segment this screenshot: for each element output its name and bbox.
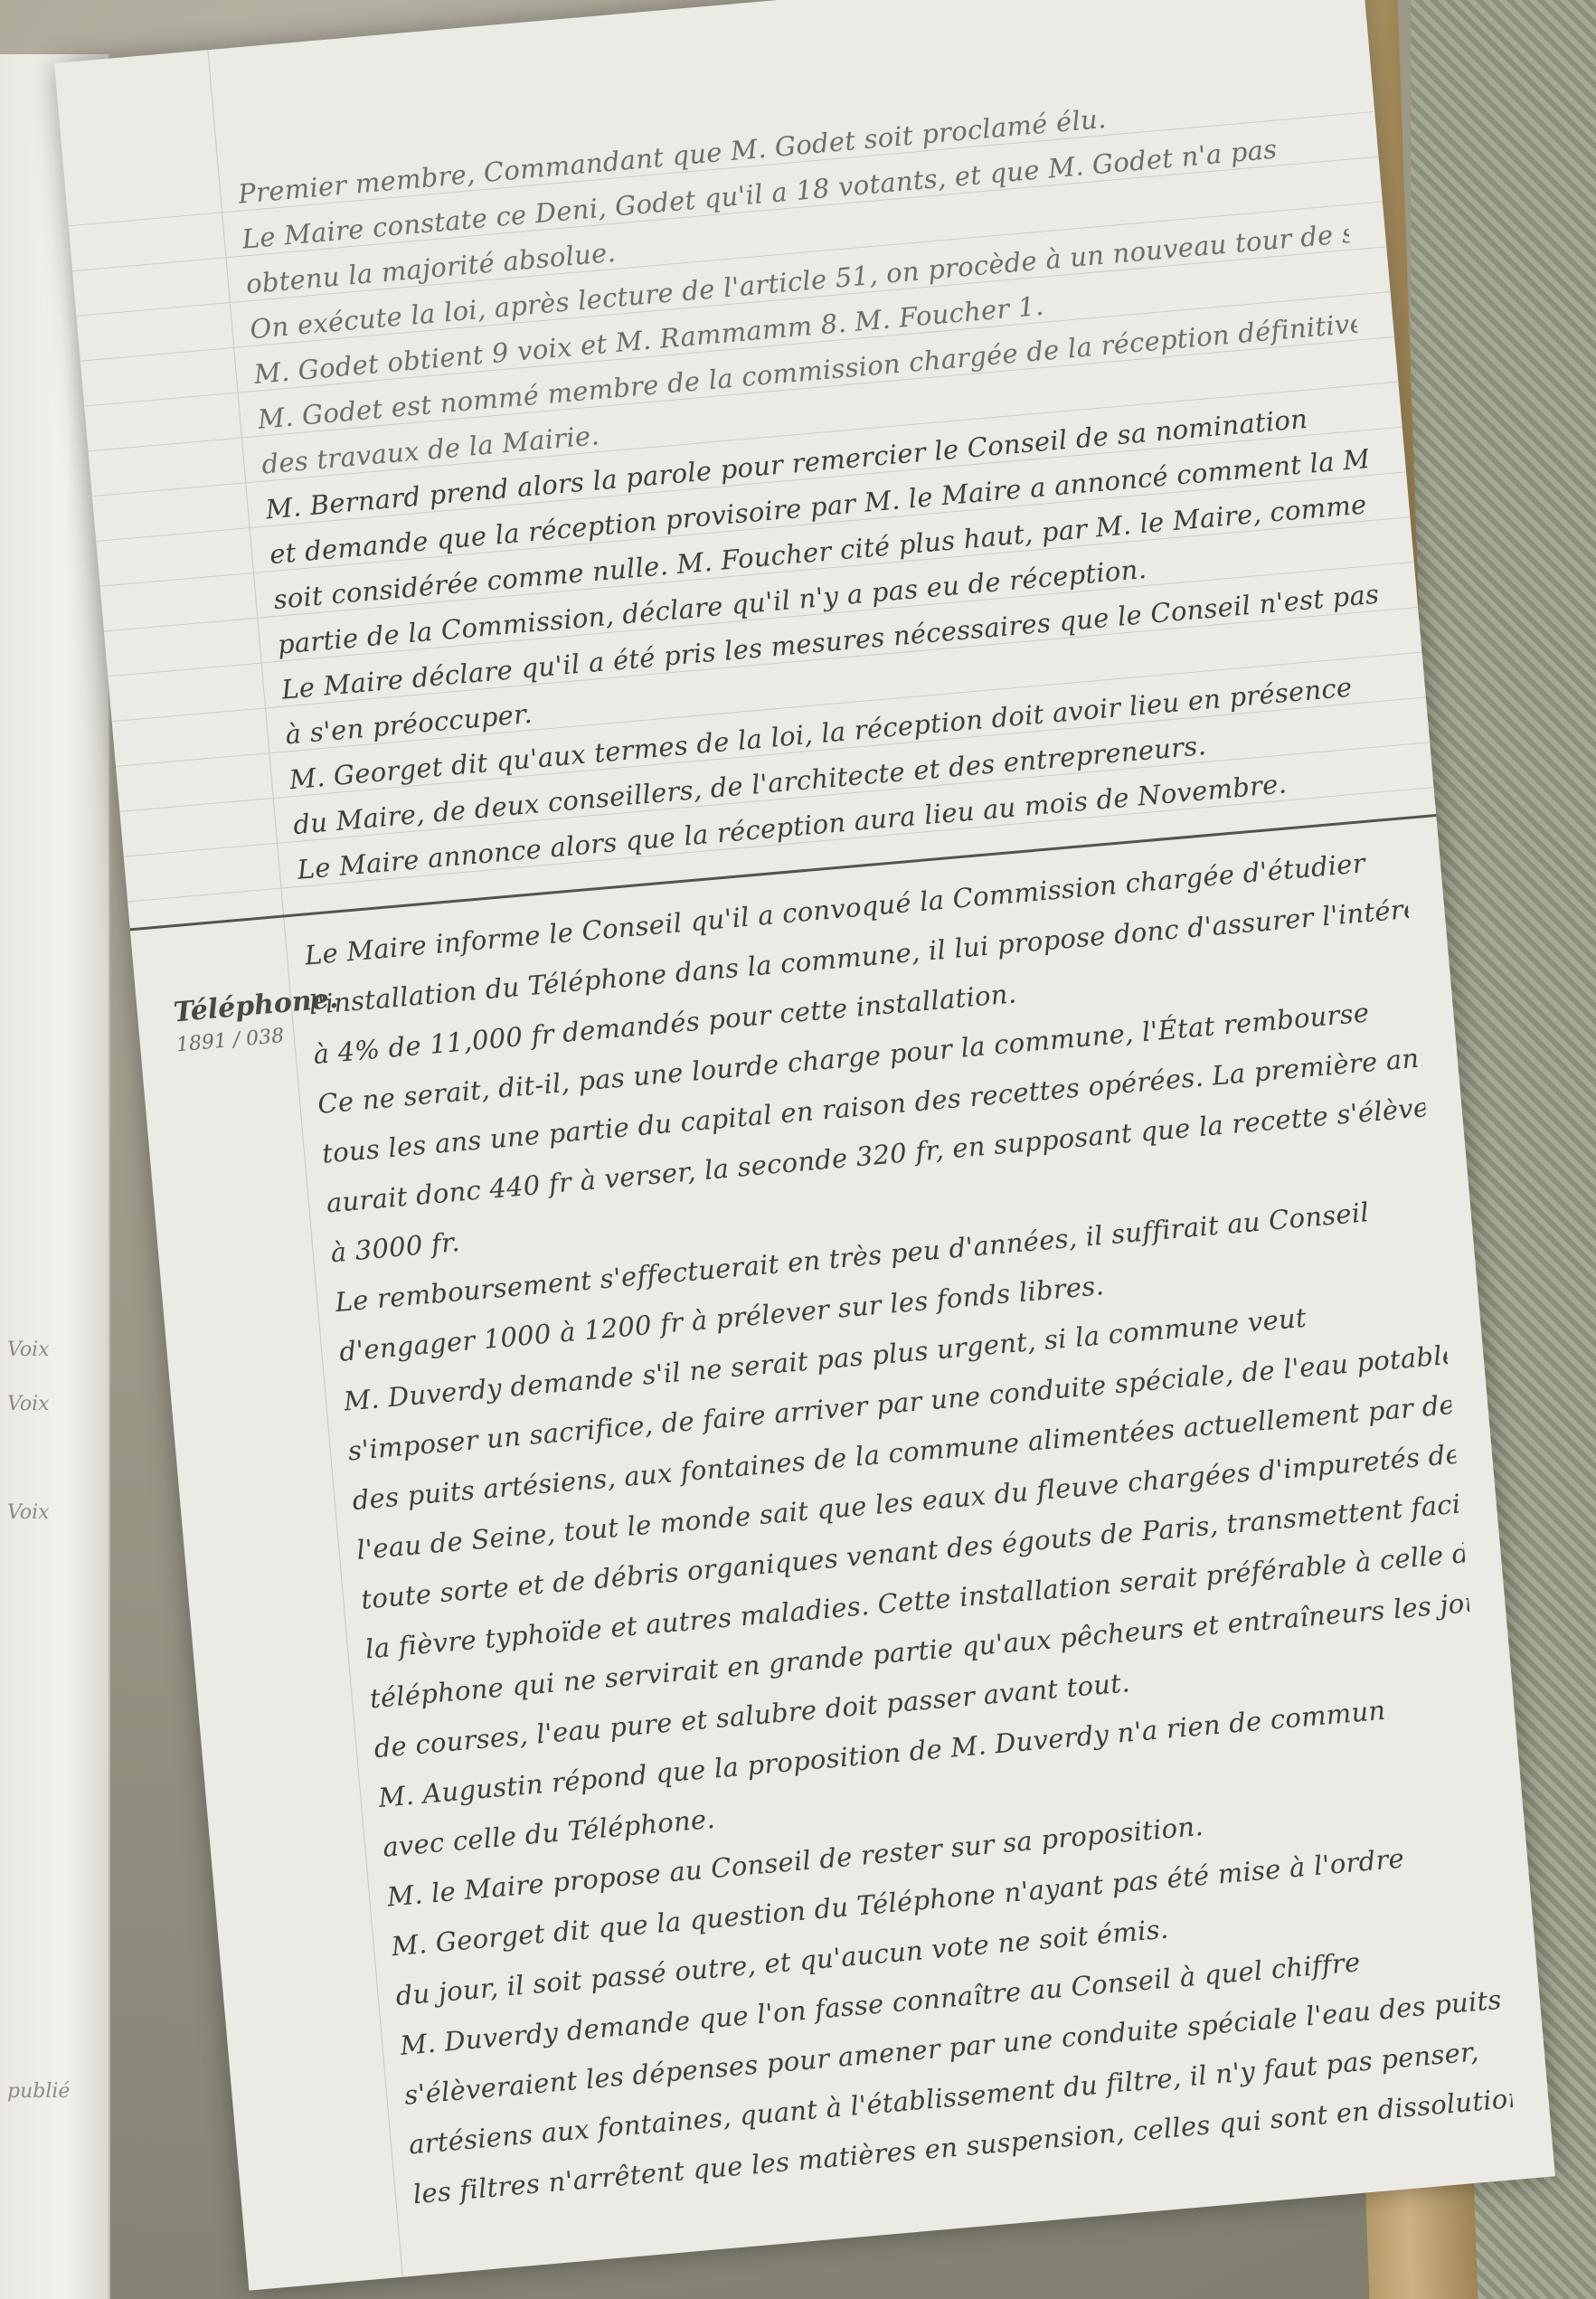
left-fragment: Voix xyxy=(7,1501,50,1524)
left-fragment: Voix xyxy=(7,1339,50,1361)
register-page: Premier membre, Commandant que M. Godet … xyxy=(54,0,1555,2291)
left-fragment: Voix xyxy=(7,1393,50,1415)
left-fragment: publié xyxy=(7,2080,70,2103)
